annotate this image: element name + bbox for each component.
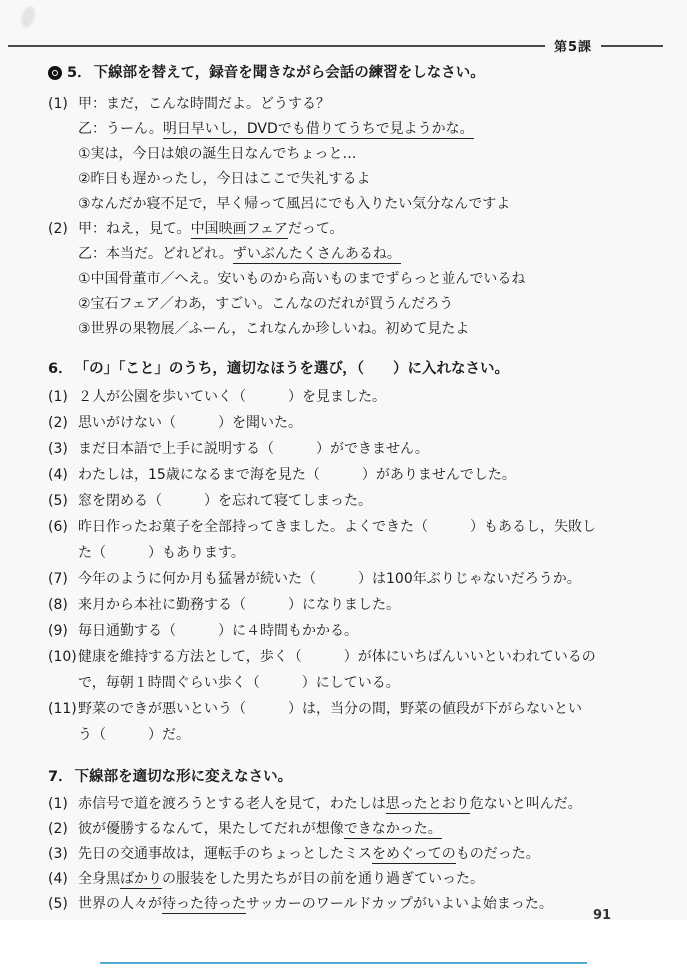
s7-item: (2) 彼が優勝するなんて，果たしてだれが想像できなかった。 xyxy=(48,817,661,842)
underlined-text: 待った待った xyxy=(162,896,246,914)
dialog-text: まだ，こんな時間だよ。どうする？ xyxy=(106,96,330,112)
item-text: 窓を閉める（ ）を忘れて寝てしまった。 xyxy=(78,488,661,514)
s6-item: (11) 野菜のできが悪いという（ ）は，当分の間，野菜の値段が下がらないとい … xyxy=(48,696,661,748)
lesson-label: 第5課 xyxy=(554,36,592,55)
dialog-line-otsu: 乙：本当だ。どれどれ。ずいぶんたくさんあるね。 xyxy=(78,242,661,267)
item-text: 毎日通勤する（ ）に４時間もかかる。 xyxy=(78,618,661,644)
item-text: 先日の交通事故は，運転手のちょっとしたミス xyxy=(78,846,372,862)
item-text: 今年のように何か月も猛暑が続いた（ ）は100年ぶりじゃないだろうか。 xyxy=(78,566,661,592)
s6-item: (6) 昨日作ったお菓子を全部持ってきました。よくできた（ ）もあるし，失敗し … xyxy=(48,514,661,566)
substitution-option-1: ①実は，今日は娘の誕生日なんでちょっと… xyxy=(78,142,661,167)
underlined-text: ずいぶんたくさんあるね。 xyxy=(233,246,401,264)
item-text: 思いがけない（ ）を聞いた。 xyxy=(78,410,661,436)
item-text: 野菜のできが悪いという（ ）は，当分の間，野菜の値段が下がらないとい xyxy=(78,696,661,722)
item-label: (3) xyxy=(48,842,78,867)
scan-smudge xyxy=(19,5,37,30)
bottom-accent-rule xyxy=(100,962,587,964)
item-label: (5) xyxy=(48,892,78,917)
item-label: (7) xyxy=(48,566,78,592)
section-6-heading: 6． 「の」「こと」のうち，適切なほうを選び，（ ）に入れなさい。 xyxy=(48,356,661,382)
s7-item: (1) 赤信号で道を渡ろうとする老人を見て，わたしは思ったとおり危ないと叫んだ。 xyxy=(48,792,661,817)
page-content: 5． 下線部を替えて，録音を聞きながら会話の練習をしなさい。 (1) 甲：まだ，… xyxy=(48,60,661,917)
item-label: (9) xyxy=(48,618,78,644)
section-5-heading: 5． 下線部を替えて，録音を聞きながら会話の練習をしなさい。 xyxy=(48,60,661,86)
section-6: 6． 「の」「こと」のうち，適切なほうを選び，（ ）に入れなさい。 (1) ２人… xyxy=(48,356,661,748)
item-text-wrap: た（ ）もあります。 xyxy=(78,540,661,566)
header-rule-right xyxy=(601,45,663,47)
section-7-heading: 7． 下線部を適切な形に変えなさい。 xyxy=(48,764,661,790)
section-number: 6． xyxy=(48,356,73,382)
speaker-tag: 甲： xyxy=(78,221,106,237)
item-text: の服装をした男たちが目の前を通り過ぎていった。 xyxy=(162,871,484,887)
page-header: 第5課 xyxy=(8,36,663,55)
item-text: サッカーのワールドカップがいよいよ始まった。 xyxy=(246,896,553,912)
s5-question-1: (1) 甲：まだ，こんな時間だよ。どうする？ 乙：うーん。明日早いし，DVDでも… xyxy=(48,92,661,217)
section-5: 5． 下線部を替えて，録音を聞きながら会話の練習をしなさい。 (1) 甲：まだ，… xyxy=(48,60,661,342)
speaker-tag: 乙： xyxy=(78,121,106,137)
s6-item: (7) 今年のように何か月も猛暑が続いた（ ）は100年ぶりじゃないだろうか。 xyxy=(48,566,661,592)
underlined-text: できなかった。 xyxy=(344,821,442,839)
item-text: 赤信号で道を渡ろうとする老人を見て，わたしは xyxy=(78,796,386,812)
item-label: (1) xyxy=(48,384,78,410)
item-text: 世界の人々が xyxy=(78,896,162,912)
item-label: (1) xyxy=(48,792,78,817)
item-text: 健康を維持する方法として，歩く（ ）が体にいちばんいいといわれているの xyxy=(78,644,661,670)
item-label: (5) xyxy=(48,488,78,514)
cd-audio-icon xyxy=(48,66,62,80)
item-label: (2) xyxy=(48,217,78,242)
substitution-option-3: ③なんだか寝不足で，早く帰って風呂にでも入りたい気分なんですよ xyxy=(78,192,661,217)
speaker-tag: 乙： xyxy=(78,246,106,262)
s6-item: (2) 思いがけない（ ）を聞いた。 xyxy=(48,410,661,436)
item-label: (11) xyxy=(48,696,78,722)
s6-item: (1) ２人が公園を歩いていく（ ）を見ました。 xyxy=(48,384,661,410)
item-text: 来月から本社に勤務する（ ）になりました。 xyxy=(78,592,661,618)
bottom-white-strip xyxy=(0,920,687,969)
speaker-tag: 甲： xyxy=(78,96,106,112)
section-title: 下線部を適切な形に変えなさい。 xyxy=(75,764,293,790)
item-label: (2) xyxy=(48,817,78,842)
s5-q2-body: 甲：ねえ，見て。中国映画フェアだって。 乙：本当だ。どれどれ。ずいぶんたくさんあ… xyxy=(78,217,661,342)
s7-item: (5) 世界の人々が待った待ったサッカーのワールドカップがいよいよ始まった。 xyxy=(48,892,661,917)
dialog-line-otsu: 乙：うーん。明日早いし，DVDでも借りてうちで見ようかな。 xyxy=(78,117,661,142)
item-label: (1) xyxy=(48,92,78,117)
item-text: 彼が優勝するなんて，果たしてだれが想像 xyxy=(78,821,344,837)
dialog-text: 本当だ。どれどれ。 xyxy=(106,246,233,262)
item-text: まだ日本語で上手に説明する（ ）ができません。 xyxy=(78,436,661,462)
underlined-text: 思ったとおり xyxy=(386,796,470,814)
s7-item: (3) 先日の交通事故は，運転手のちょっとしたミスをめぐってのものだった。 xyxy=(48,842,661,867)
s7-item: (4) 全身黒ばかりの服装をした男たちが目の前を通り過ぎていった。 xyxy=(48,867,661,892)
header-rule-left xyxy=(8,45,545,47)
underlined-text: 中国映画フェア xyxy=(191,221,288,239)
dialog-line-kou: 甲：まだ，こんな時間だよ。どうする？ xyxy=(78,92,661,117)
substitution-option-2: ②宝石フェア／わあ，すごい。こんなのだれが買うんだろう xyxy=(78,292,661,317)
item-label: (3) xyxy=(48,436,78,462)
substitution-option-3: ③世界の果物展／ふーん，これなんか珍しいね。初めて見たよ xyxy=(78,317,661,342)
s6-item: (4) わたしは，15歳になるまで海を見た（ ）がありませんでした。 xyxy=(48,462,661,488)
item-label: (8) xyxy=(48,592,78,618)
substitution-option-2: ②昨日も遅かったし，今日はここで失礼するよ xyxy=(78,167,661,192)
item-text: ２人が公園を歩いていく（ ）を見ました。 xyxy=(78,384,661,410)
item-text: 昨日作ったお菓子を全部持ってきました。よくできた（ ）もあるし，失敗し xyxy=(78,514,661,540)
item-text: ものだった。 xyxy=(456,846,540,862)
dialog-text: ねえ，見て。 xyxy=(106,221,191,237)
s6-item: (9) 毎日通勤する（ ）に４時間もかかる。 xyxy=(48,618,661,644)
item-label: (6) xyxy=(48,514,78,540)
item-label: (10) xyxy=(48,644,78,670)
item-text-wrap: で，毎朝１時間ぐらい歩く（ ）にしている。 xyxy=(78,670,661,696)
s6-item: (3) まだ日本語で上手に説明する（ ）ができません。 xyxy=(48,436,661,462)
s6-item: (8) 来月から本社に勤務する（ ）になりました。 xyxy=(48,592,661,618)
dialog-text: だって。 xyxy=(288,221,344,237)
section-7: 7． 下線部を適切な形に変えなさい。 (1) 赤信号で道を渡ろうとする老人を見て… xyxy=(48,764,661,917)
section-title: 下線部を替えて，録音を聞きながら会話の練習をしなさい。 xyxy=(94,60,485,86)
item-text-wrap: う（ ）だ。 xyxy=(78,722,661,748)
underlined-text: をめぐっての xyxy=(372,846,456,864)
underlined-text: ばかり xyxy=(120,871,162,889)
s6-item: (10) 健康を維持する方法として，歩く（ ）が体にいちばんいいといわれているの… xyxy=(48,644,661,696)
s5-question-2: (2) 甲：ねえ，見て。中国映画フェアだって。 乙：本当だ。どれどれ。ずいぶんた… xyxy=(48,217,661,342)
section-title: 「の」「こと」のうち，適切なほうを選び，（ ）に入れなさい。 xyxy=(75,356,509,382)
s6-item: (5) 窓を閉める（ ）を忘れて寝てしまった。 xyxy=(48,488,661,514)
substitution-option-1: ①中国骨董市／へえ。安いものから高いものまでずらっと並んでいるね xyxy=(78,267,661,292)
item-label: (4) xyxy=(48,867,78,892)
item-label: (4) xyxy=(48,462,78,488)
section-number: 5． xyxy=(67,60,92,86)
dialog-text: うーん。 xyxy=(106,121,163,137)
dialog-line-kou: 甲：ねえ，見て。中国映画フェアだって。 xyxy=(78,217,661,242)
item-text: わたしは，15歳になるまで海を見た（ ）がありませんでした。 xyxy=(78,462,661,488)
item-text: 全身黒 xyxy=(78,871,120,887)
textbook-page: { "page": { "lesson_label": "第5課", "page… xyxy=(0,0,687,969)
underlined-text: 明日早いし，DVDでも借りてうちで見ようかな。 xyxy=(163,121,474,139)
item-text: 危ないと叫んだ。 xyxy=(470,796,582,812)
s5-q1-body: 甲：まだ，こんな時間だよ。どうする？ 乙：うーん。明日早いし，DVDでも借りてう… xyxy=(78,92,661,217)
item-label: (2) xyxy=(48,410,78,436)
section-number: 7． xyxy=(48,764,73,790)
